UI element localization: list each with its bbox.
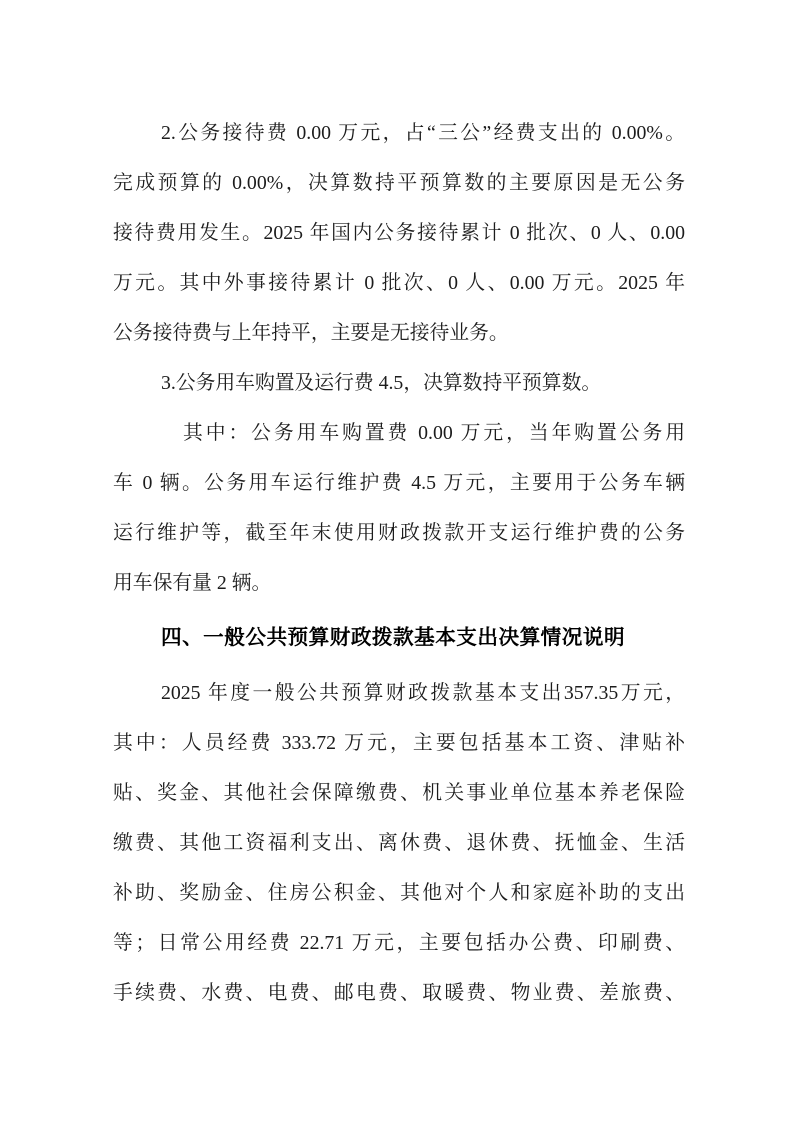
paragraph: 其中：公务用车购置费 0.00 万元，当年购置公务用车 0 辆。公务用车运行维护… [113, 408, 685, 608]
section-heading-block: 四、一般公共预算财政拨款基本支出决算情况说明 [113, 613, 685, 663]
text-line: 等；日常公用经费 22.71 万元，主要包括办公费、印刷费、 [113, 918, 685, 968]
text-line: 缴费、其他工资福利支出、离休费、退休费、抚恤金、生活 [113, 818, 685, 868]
text-line: 手续费、水费、电费、邮电费、取暖费、物业费、差旅费、 [113, 968, 685, 1018]
text-line: 运行维护等，截至年末使用财政拨款开支运行维护费的公务 [113, 508, 685, 558]
text-line: 完成预算的 0.00%，决算数持平预算数的主要原因是无公务 [113, 158, 685, 208]
text-line: 接待费用发生。2025 年国内公务接待累计 0 批次、0 人、0.00 [113, 208, 685, 258]
text-line: 贴、奖金、其他社会保障缴费、机关事业单位基本养老保险 [113, 768, 685, 818]
paragraph: 2.公务接待费 0.00 万元，占“三公”经费支出的 0.00%。完成预算的 0… [113, 108, 685, 358]
text-line: 万元。其中外事接待累计 0 批次、0 人、0.00 万元。2025 年 [113, 258, 685, 308]
section-heading: 四、一般公共预算财政拨款基本支出决算情况说明 [113, 613, 685, 663]
text-line: 补助、奖励金、住房公积金、其他对个人和家庭补助的支出 [113, 868, 685, 918]
text-line: 其中：公务用车购置费 0.00 万元，当年购置公务用 [113, 408, 685, 458]
text-line: 3.公务用车购置及运行费 4.5，决算数持平预算数。 [113, 358, 685, 408]
text-line: 公务接待费与上年持平，主要是无接待业务。 [113, 308, 685, 358]
text-line: 其中：人员经费 333.72 万元，主要包括基本工资、津贴补 [113, 718, 685, 768]
document-page: 2.公务接待费 0.00 万元，占“三公”经费支出的 0.00%。完成预算的 0… [0, 0, 793, 1122]
text-line: 2.公务接待费 0.00 万元，占“三公”经费支出的 0.00%。 [113, 108, 685, 158]
document-content: 2.公务接待费 0.00 万元，占“三公”经费支出的 0.00%。完成预算的 0… [113, 108, 685, 1018]
paragraph: 3.公务用车购置及运行费 4.5，决算数持平预算数。 [113, 358, 685, 408]
text-line: 2025 年度一般公共预算财政拨款基本支出357.35万元， [113, 668, 685, 718]
text-line: 用车保有量 2 辆。 [113, 558, 685, 608]
paragraph: 2025 年度一般公共预算财政拨款基本支出357.35万元，其中：人员经费 33… [113, 668, 685, 1018]
text-line: 车 0 辆。公务用车运行维护费 4.5 万元，主要用于公务车辆 [113, 458, 685, 508]
